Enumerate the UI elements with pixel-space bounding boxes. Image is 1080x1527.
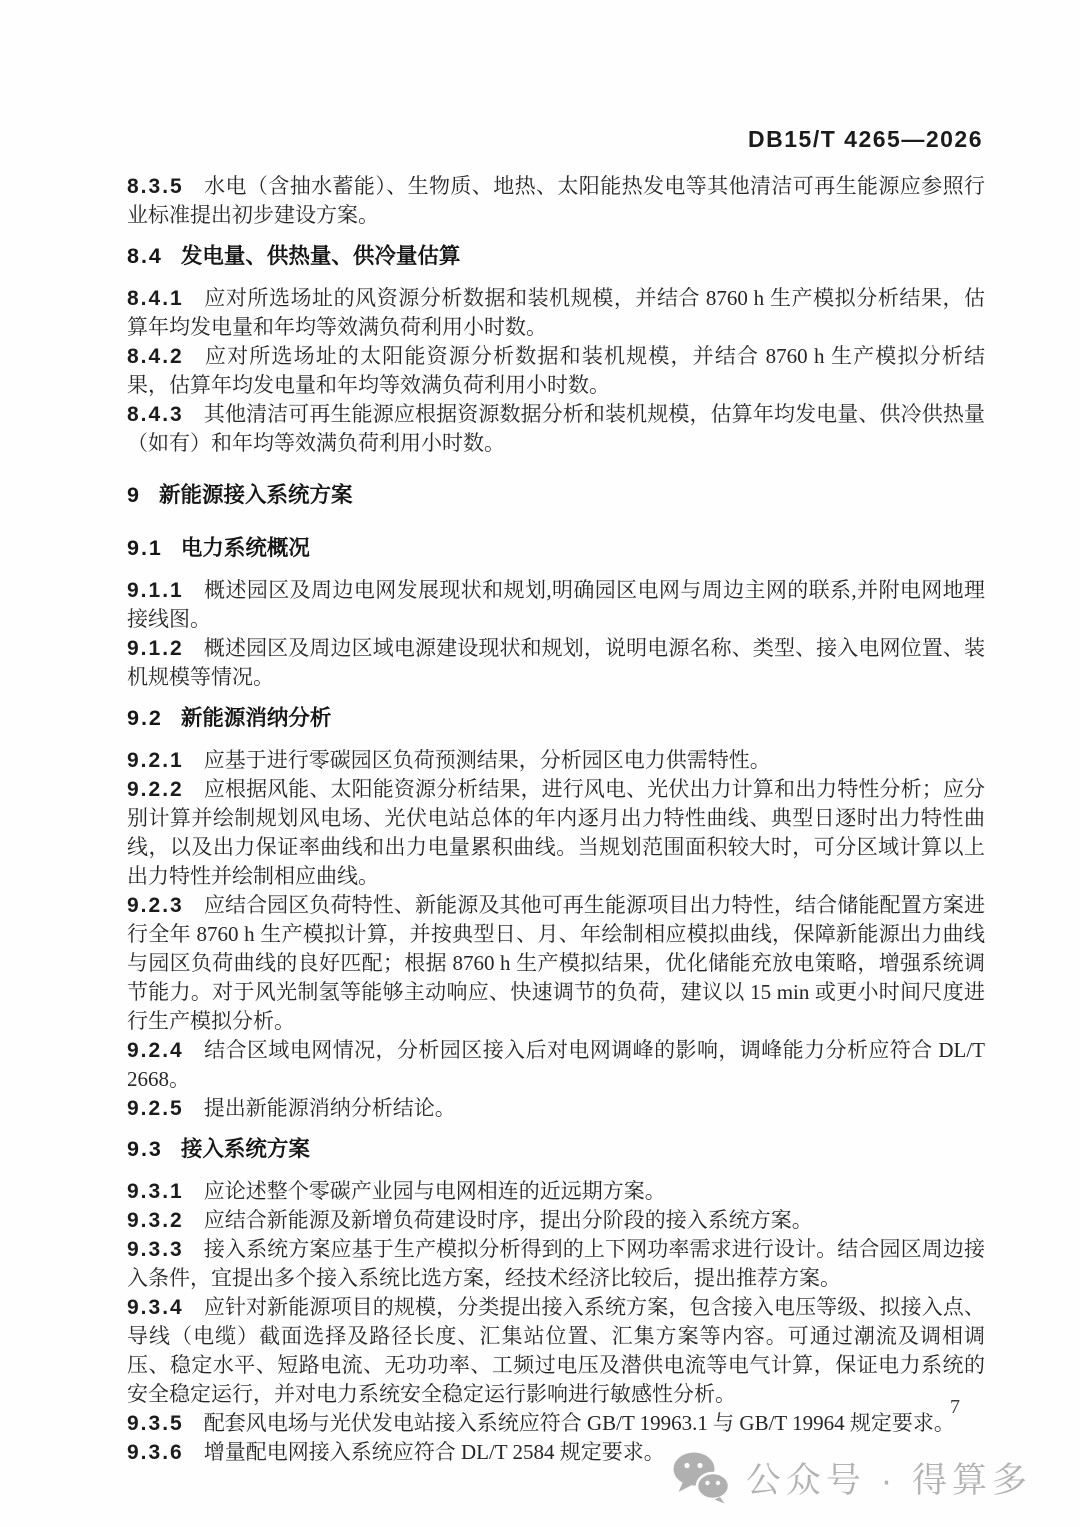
clause-9-1-1: 9.1.1概述园区及周边电网发展现状和规划,明确园区电网与周边主网的联系,并附电… [127,576,985,634]
watermark: 公众号 · 得算多 [672,1452,1032,1504]
clause-number: 9.1.2 [127,637,184,660]
clause-9-3-3: 9.3.3接入系统方案应基于生产模拟分析得到的上下网功率需求进行设计。结合园区周… [127,1235,985,1293]
clause-number: 9.3.4 [127,1296,184,1319]
clause-text: 结合区域电网情况，分析园区接入后对电网调峰的影响，调峰能力分析应符合 DL/T … [127,1038,985,1091]
heading-title: 接入系统方案 [181,1137,310,1161]
clause-number: 9.2.2 [127,778,184,801]
clause-9-2-1: 9.2.1应基于进行零碳园区负荷预测结果，分析园区电力供需特性。 [127,746,985,775]
clause-number: 9.1.1 [127,579,184,602]
clause-number: 9.3.6 [127,1441,184,1464]
clause-9-2-5: 9.2.5提出新能源消纳分析结论。 [127,1094,985,1123]
clause-number: 9.3.2 [127,1209,184,1232]
clause-text: 应针对新能源项目的规模，分类提出接入系统方案，包含接入电压等级、拟接入点、导线（… [127,1295,985,1406]
watermark-text: 公众号 · 得算多 [746,1453,1032,1503]
clause-number: 9.3.3 [127,1238,184,1261]
clause-text: 应结合园区负荷特性、新能源及其他可再生能源项目出力特性，结合储能配置方案进行全年… [127,893,985,1033]
clause-9-2-4: 9.2.4结合区域电网情况，分析园区接入后对电网调峰的影响，调峰能力分析应符合 … [127,1036,985,1094]
chapter-number: 9 [127,483,141,507]
heading-9-3: 9.3接入系统方案 [127,1135,985,1164]
clause-text: 应对所选场址的太阳能资源分析数据和装机规模，并结合 8760 h 生产模拟分析结… [127,344,985,397]
clause-text: 概述园区及周边区域电源建设现状和规划，说明电源名称、类型、接入电网位置、装机规模… [127,636,985,689]
heading-title: 电力系统概况 [181,536,310,560]
clause-text: 应根据风能、太阳能资源分析结果，进行风电、光伏出力计算和出力特性分析；应分别计算… [127,777,985,888]
heading-9-1: 9.1电力系统概况 [127,534,985,563]
clause-8-4-1: 8.4.1应对所选场址的风资源分析数据和装机规模，并结合 8760 h 生产模拟… [127,284,985,342]
clause-text: 配套风电场与光伏发电站接入系统应符合 GB/T 19963.1 与 GB/T 1… [204,1411,955,1435]
clause-8-4-3: 8.4.3其他清洁可再生能源应根据资源数据分析和装机规模，估算年均发电量、供冷供… [127,400,985,458]
clause-number: 8.4.3 [127,403,184,426]
clause-text: 接入系统方案应基于生产模拟分析得到的上下网功率需求进行设计。结合园区周边接入条件… [127,1237,985,1290]
heading-number: 8.4 [127,244,163,268]
clause-9-3-4: 9.3.4应针对新能源项目的规模，分类提出接入系统方案，包含接入电压等级、拟接入… [127,1293,985,1409]
heading-number: 9.1 [127,536,163,560]
heading-title: 发电量、供热量、供冷量估算 [181,244,461,268]
clause-8-3-5: 8.3.5水电（含抽水蓄能）、生物质、地热、太阳能热发电等其他清洁可再生能源应参… [127,172,985,230]
clause-text: 应结合新能源及新增负荷建设时序，提出分阶段的接入系统方案。 [204,1208,813,1232]
clause-number: 9.2.5 [127,1097,184,1120]
clause-number: 8.4.2 [127,345,184,368]
clause-9-2-2: 9.2.2应根据风能、太阳能资源分析结果，进行风电、光伏出力计算和出力特性分析；… [127,775,985,891]
heading-8-4: 8.4发电量、供热量、供冷量估算 [127,242,985,271]
clause-9-3-1: 9.3.1应论述整个零碳产业园与电网相连的近远期方案。 [127,1177,985,1206]
clause-9-3-2: 9.3.2应结合新能源及新增负荷建设时序，提出分阶段的接入系统方案。 [127,1206,985,1235]
clause-9-1-2: 9.1.2概述园区及周边区域电源建设现状和规划，说明电源名称、类型、接入电网位置… [127,634,985,692]
clause-text: 其他清洁可再生能源应根据资源数据分析和装机规模，估算年均发电量、供冷供热量（如有… [127,402,985,455]
clause-number: 9.2.4 [127,1039,184,1062]
clause-number: 9.3.1 [127,1180,184,1203]
clause-text: 水电（含抽水蓄能）、生物质、地热、太阳能热发电等其他清洁可再生能源应参照行业标准… [127,174,985,227]
clause-number: 8.4.1 [127,287,184,310]
clause-text: 应基于进行零碳园区负荷预测结果，分析园区电力供需特性。 [204,748,771,772]
clause-text: 提出新能源消纳分析结论。 [204,1096,456,1120]
clause-text: 应对所选场址的风资源分析数据和装机规模，并结合 8760 h 生产模拟分析结果，… [127,286,985,339]
clause-text: 应论述整个零碳产业园与电网相连的近远期方案。 [204,1179,666,1203]
wechat-icon [672,1452,732,1504]
clause-8-4-2: 8.4.2应对所选场址的太阳能资源分析数据和装机规模，并结合 8760 h 生产… [127,342,985,400]
page-number: 7 [950,1396,960,1419]
chapter-title: 新能源接入系统方案 [159,483,353,507]
heading-9-2: 9.2新能源消纳分析 [127,704,985,733]
heading-title: 新能源消纳分析 [181,706,332,730]
clause-text: 增量配电网接入系统应符合 DL/T 2584 规定要求。 [204,1440,665,1464]
clause-number: 9.2.3 [127,894,184,917]
standard-code: DB15/T 4265—2026 [748,126,983,153]
clause-number: 8.3.5 [127,175,184,198]
heading-number: 9.3 [127,1137,163,1161]
clause-number: 9.2.1 [127,749,184,772]
document-page: DB15/T 4265—2026 8.3.5水电（含抽水蓄能）、生物质、地热、太… [0,0,1080,1527]
clause-number: 9.3.5 [127,1412,184,1435]
document-body: 8.3.5水电（含抽水蓄能）、生物质、地热、太阳能热发电等其他清洁可再生能源应参… [127,172,985,1467]
clause-9-2-3: 9.2.3应结合园区负荷特性、新能源及其他可再生能源项目出力特性，结合储能配置方… [127,891,985,1036]
chapter-9: 9新能源接入系统方案 [127,481,985,510]
clause-9-3-5: 9.3.5配套风电场与光伏发电站接入系统应符合 GB/T 19963.1 与 G… [127,1409,985,1438]
clause-text: 概述园区及周边电网发展现状和规划,明确园区电网与周边主网的联系,并附电网地理接线… [127,578,985,631]
heading-number: 9.2 [127,706,163,730]
